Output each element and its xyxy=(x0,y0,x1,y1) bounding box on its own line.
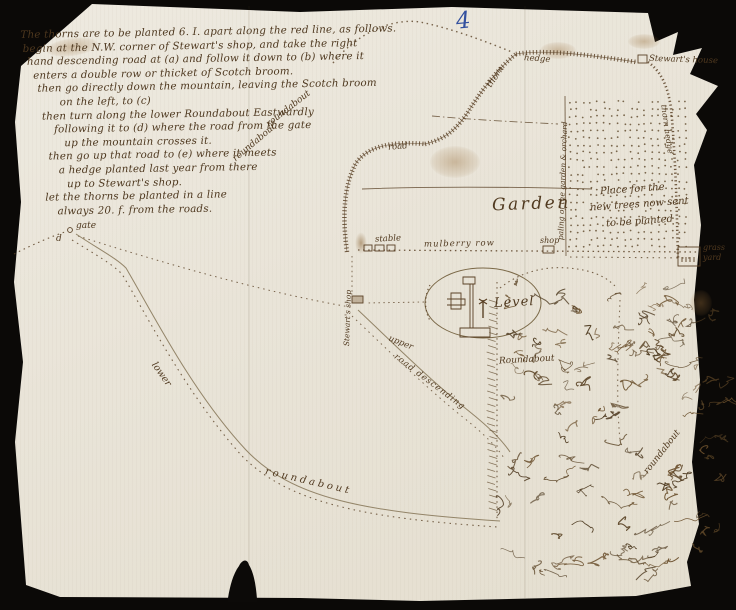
house-plan xyxy=(447,277,490,337)
mulberry-row-line xyxy=(358,250,697,252)
gate-mark xyxy=(68,228,73,233)
stewarts-shop-building xyxy=(352,296,363,303)
stewarts-house-building xyxy=(638,55,647,63)
dash-dot-line xyxy=(432,116,558,124)
hedge-label: hedge xyxy=(524,53,551,65)
scanned-manuscript-map: The thorns are to be planted 6. I. apart… xyxy=(0,0,736,610)
gate-label: gate xyxy=(76,221,96,231)
mulberry-row-label: mulberry row xyxy=(424,238,495,249)
grass-yard-square xyxy=(678,247,700,266)
grass-yard-label: yard xyxy=(703,253,721,262)
level-label: Level xyxy=(494,294,535,311)
road-label: road xyxy=(388,141,408,153)
woodland-scribbles xyxy=(496,279,736,582)
instruction-text-block: The thorns are to be planted 6. I. apart… xyxy=(20,23,368,219)
shop-building xyxy=(543,246,554,253)
page-number: 4 xyxy=(455,7,472,34)
road-from-gate xyxy=(78,236,350,307)
shop-label: shop xyxy=(540,236,559,245)
point-d-label: d xyxy=(56,234,62,244)
hatch-ticks xyxy=(487,300,498,511)
grass-yard-label: grass xyxy=(703,243,725,252)
stable-label: stable xyxy=(375,233,402,244)
thorn-hedge-line xyxy=(648,62,678,258)
